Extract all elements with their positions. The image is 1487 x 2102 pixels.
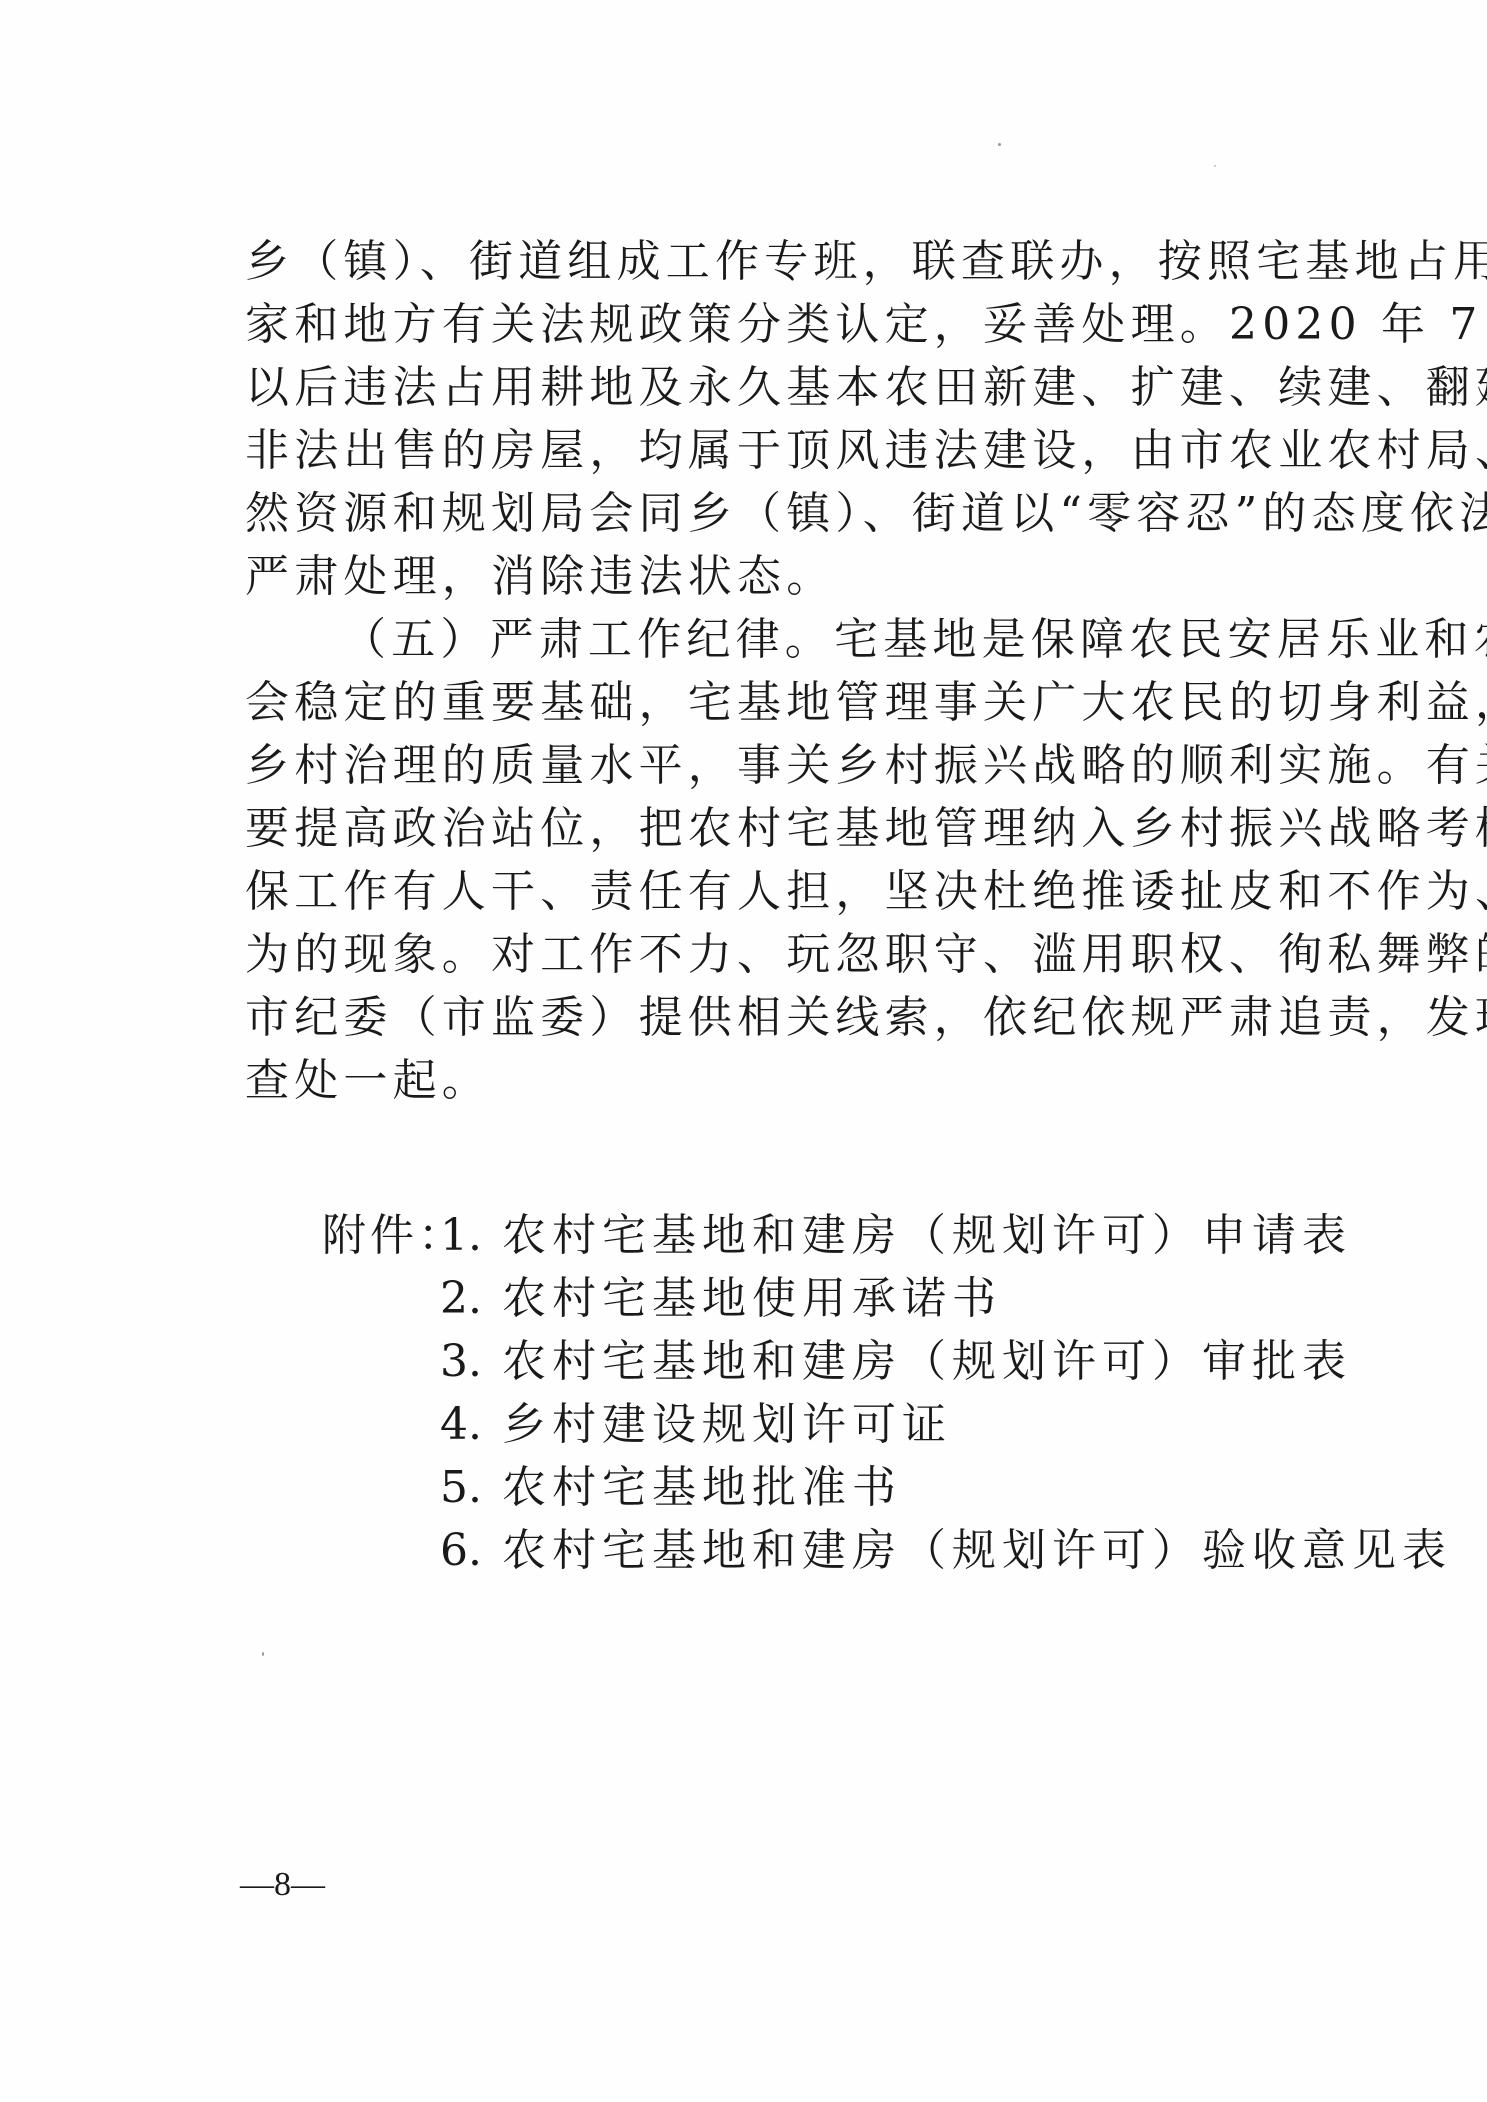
scan-speck xyxy=(1214,165,1216,167)
attachment-title: 乡村建设规划许可证 xyxy=(502,1399,952,1450)
scan-speck xyxy=(262,1652,264,1656)
attachment-number: 5. xyxy=(440,1456,502,1519)
text-line: 非法出售的房屋，均属于顶风违法建设，由市农业农村局、市自 xyxy=(245,419,1340,482)
attachment-item: 2.农村宅基地使用承诺书 xyxy=(440,1267,1002,1330)
document-page: 乡（镇）、街道组成工作专班，联查联办，按照宅基地占用时国 家和地方有关法规政策分… xyxy=(0,0,1487,2102)
text-line: 会稳定的重要基础，宅基地管理事关广大农民的切身利益，事关 xyxy=(245,671,1340,734)
attachment-number: 3. xyxy=(440,1330,502,1393)
scan-speck xyxy=(998,143,1001,146)
attachment-number: 1. xyxy=(440,1204,502,1267)
attachment-number: 6. xyxy=(440,1519,502,1582)
attachment-title: 农村宅基地和建房（规划许可）验收意见表 xyxy=(502,1525,1452,1576)
attachment-number: 4. xyxy=(440,1393,502,1456)
attachment-item: 6.农村宅基地和建房（规划许可）验收意见表 xyxy=(440,1519,1452,1582)
text-line: 为的现象。对工作不力、玩忽职守、滥用职权、徇私舞弊的，向 xyxy=(245,923,1340,986)
attachment-item: 3.农村宅基地和建房（规划许可）审批表 xyxy=(440,1330,1352,1393)
text-line: 乡村治理的质量水平，事关乡村振兴战略的顺利实施。有关部门 xyxy=(245,734,1340,797)
text-line: 查处一起。 xyxy=(245,1049,1340,1112)
page-number: —8— xyxy=(240,1865,325,1905)
section-heading-line: （五）严肃工作纪律。宅基地是保障农民安居乐业和农村社 xyxy=(245,608,1340,671)
text-line: 然资源和规划局会同乡（镇）、街道以“零容忍”的态度依法依规 xyxy=(245,482,1340,545)
text-line: 严肃处理，消除违法状态。 xyxy=(245,545,1340,608)
text-line: 要提高政治站位，把农村宅基地管理纳入乡村振兴战略考核，确 xyxy=(245,797,1340,860)
attachment-title: 农村宅基地和建房（规划许可）审批表 xyxy=(502,1336,1352,1387)
attachment-number: 2. xyxy=(440,1267,502,1330)
text-line: 保工作有人干、责任有人担，坚决杜绝推诿扯皮和不作为、乱作 xyxy=(245,860,1340,923)
text-line: 乡（镇）、街道组成工作专班，联查联办，按照宅基地占用时国 xyxy=(245,230,1340,293)
text-line: 以后违法占用耕地及永久基本农田新建、扩建、续建、翻建或者 xyxy=(245,356,1340,419)
attachment-item: 5.农村宅基地批准书 xyxy=(440,1456,902,1519)
attachment-item: 4.乡村建设规划许可证 xyxy=(440,1393,952,1456)
attachment-title: 农村宅基地批准书 xyxy=(502,1462,902,1513)
text-line: 市纪委（市监委）提供相关线索，依纪依规严肃追责，发现一起 xyxy=(245,986,1340,1049)
attachment-title: 农村宅基地使用承诺书 xyxy=(502,1273,1002,1324)
attachment-item: 1.农村宅基地和建房（规划许可）申请表 xyxy=(440,1204,1352,1267)
text-line: 家和地方有关法规政策分类认定，妥善处理。2020 年 7 月 3 日 xyxy=(245,293,1340,356)
attachment-title: 农村宅基地和建房（规划许可）申请表 xyxy=(502,1210,1352,1261)
